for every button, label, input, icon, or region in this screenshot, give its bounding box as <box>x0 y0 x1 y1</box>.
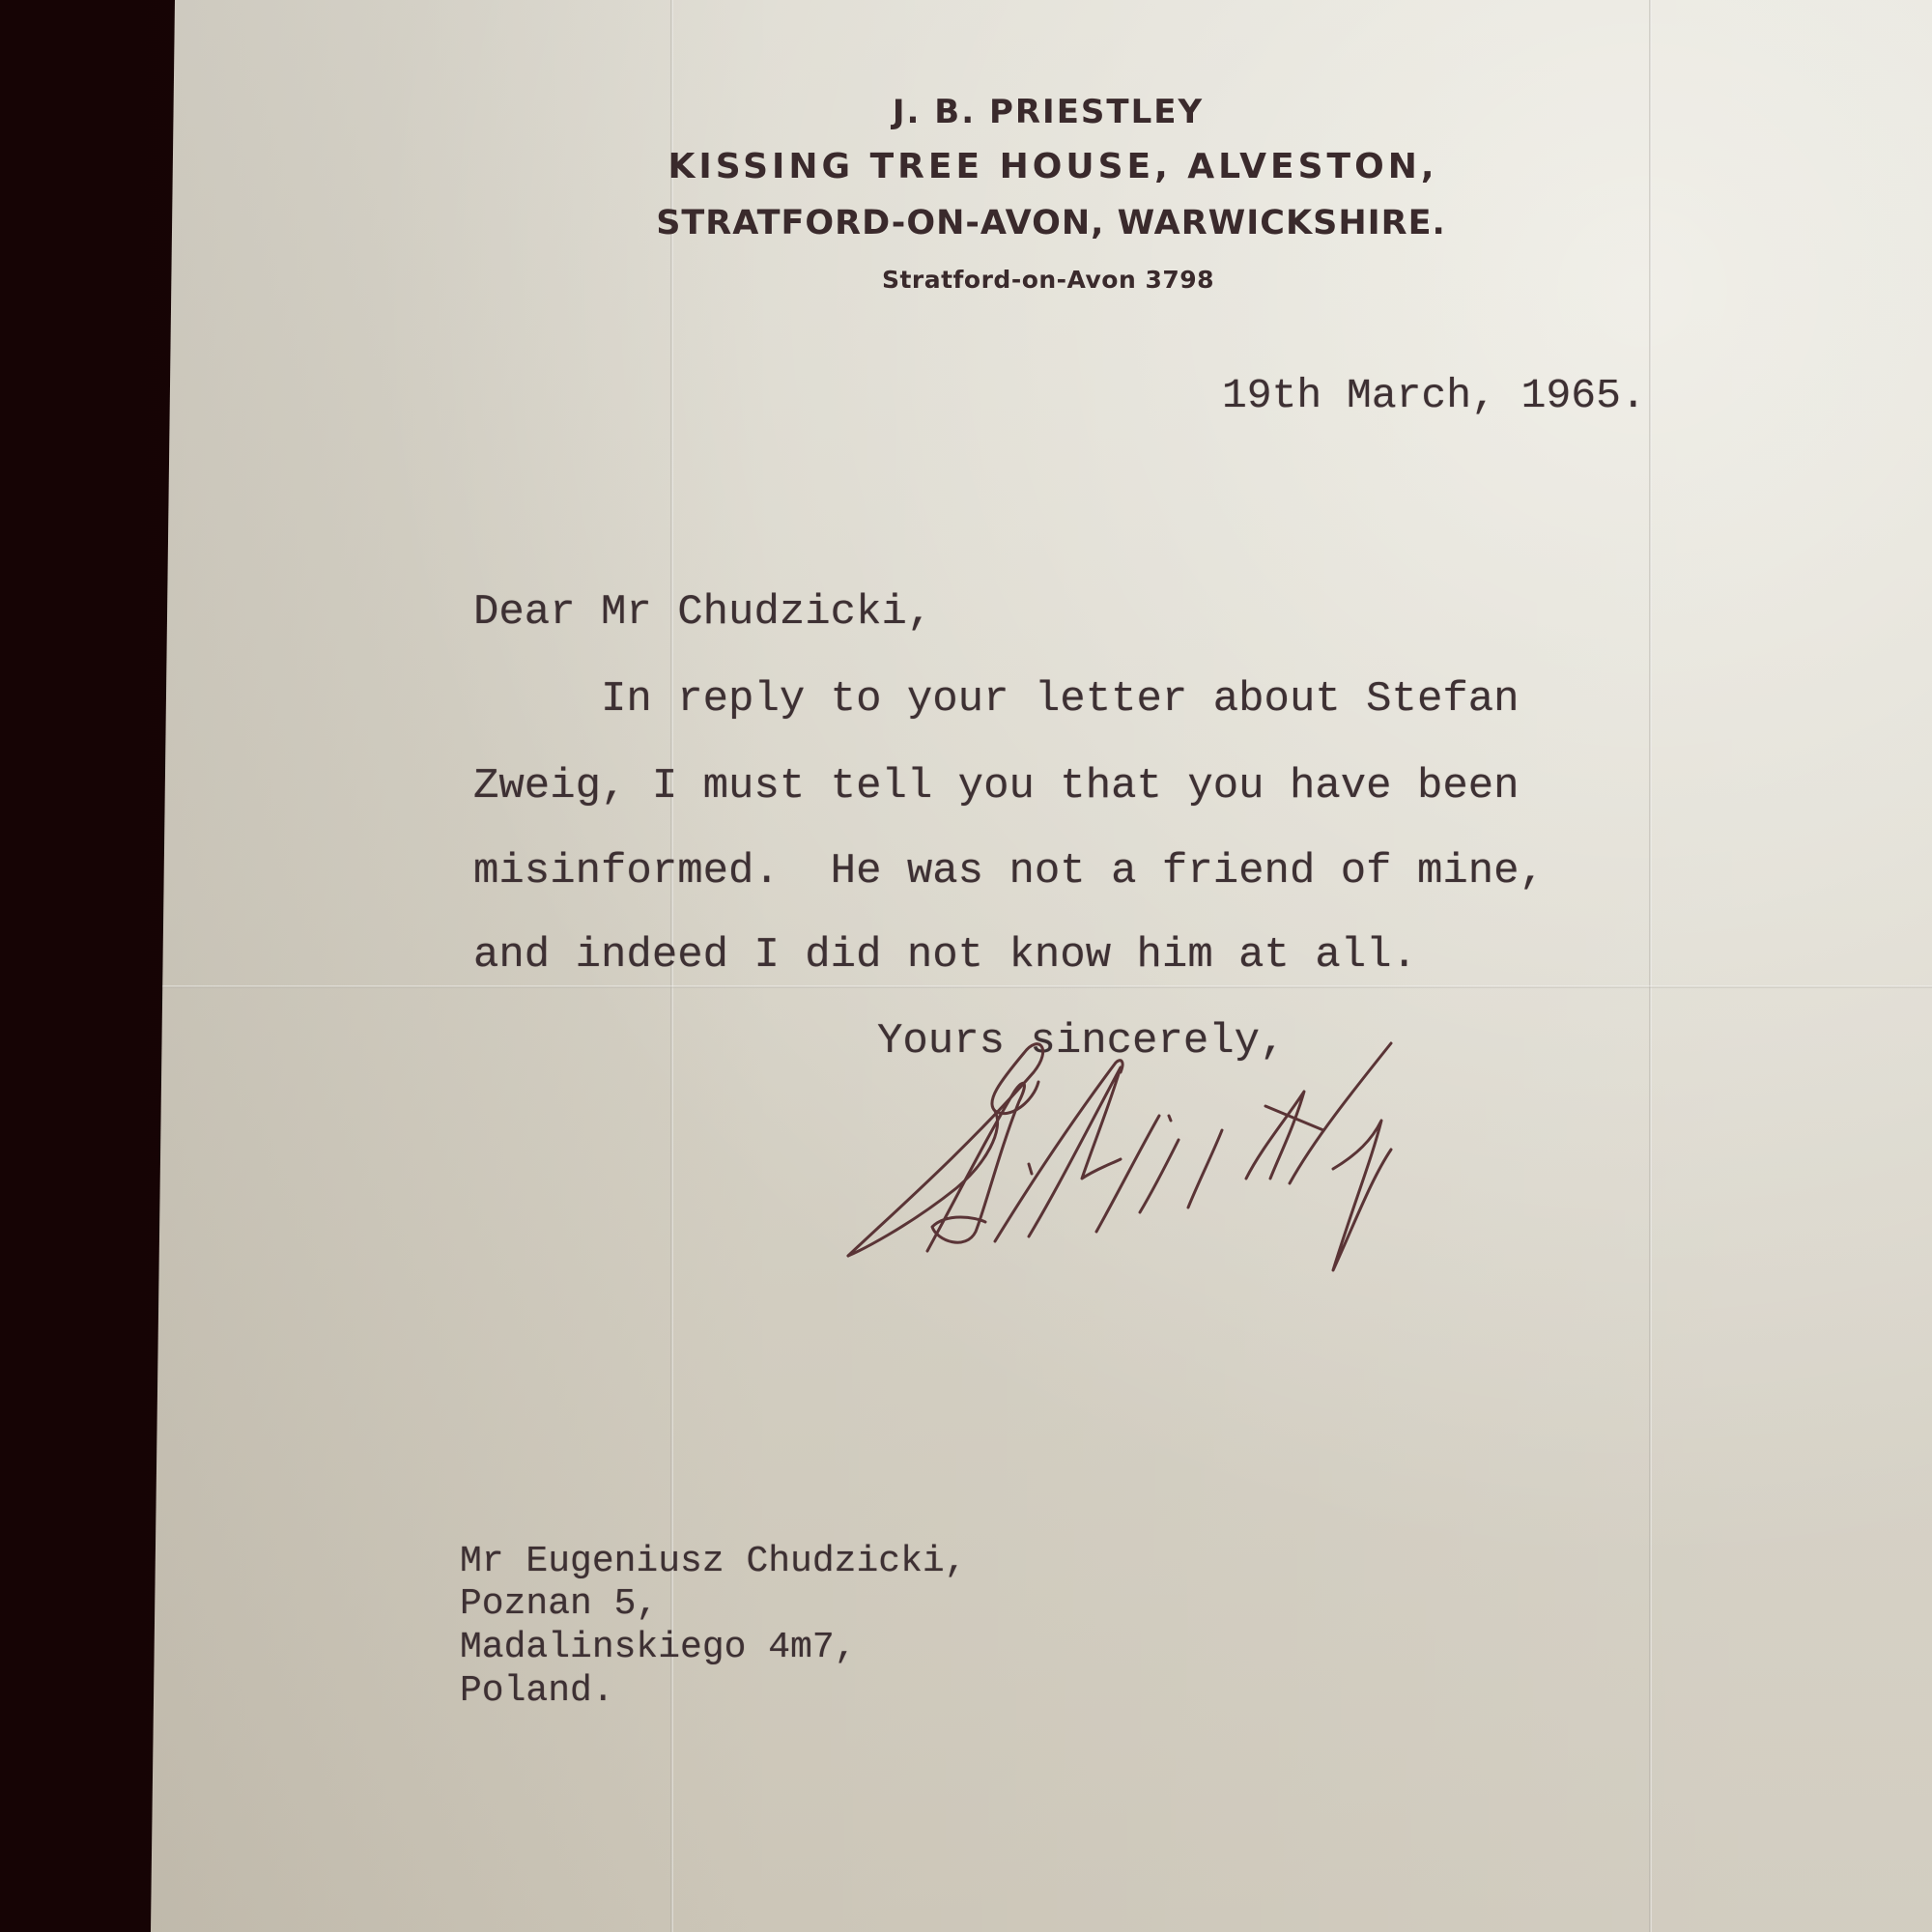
body-line: In reply to your letter about Stefan <box>473 678 1520 721</box>
letter-date: 19th March, 1965. <box>1222 375 1646 416</box>
body-line: misinformed. He was not a friend of mine… <box>473 850 1545 893</box>
horizontal-fold-line <box>155 985 1932 988</box>
salutation: Dear Mr Chudzicki, <box>473 591 932 634</box>
letterhead-telephone: Stratford-on-Avon 3798 <box>82 266 1932 294</box>
recipient-line: Poznan 5, <box>460 1586 658 1623</box>
letter-paper: J. B. PRIESTLEY KISSING TREE HOUSE, ALVE… <box>0 0 1932 1932</box>
letterhead-name: J. B. PRIESTLEY <box>82 93 1932 131</box>
body-line: and indeed I did not know him at all. <box>473 934 1417 977</box>
recipient-line: Mr Eugeniusz Chudzicki, <box>460 1544 967 1580</box>
handwritten-signature-icon <box>831 1024 1565 1294</box>
letterhead-address-line2: STRATFORD-ON-AVON, WARWICKSHIRE. <box>85 204 1932 242</box>
body-line: Zweig, I must tell you that you have bee… <box>473 765 1520 808</box>
letterhead-address-line1: KISSING TREE HOUSE, ALVESTON, <box>87 147 1932 186</box>
recipient-line: Madalinskiego 4m7, <box>460 1630 856 1666</box>
recipient-line: Poland. <box>460 1673 614 1710</box>
